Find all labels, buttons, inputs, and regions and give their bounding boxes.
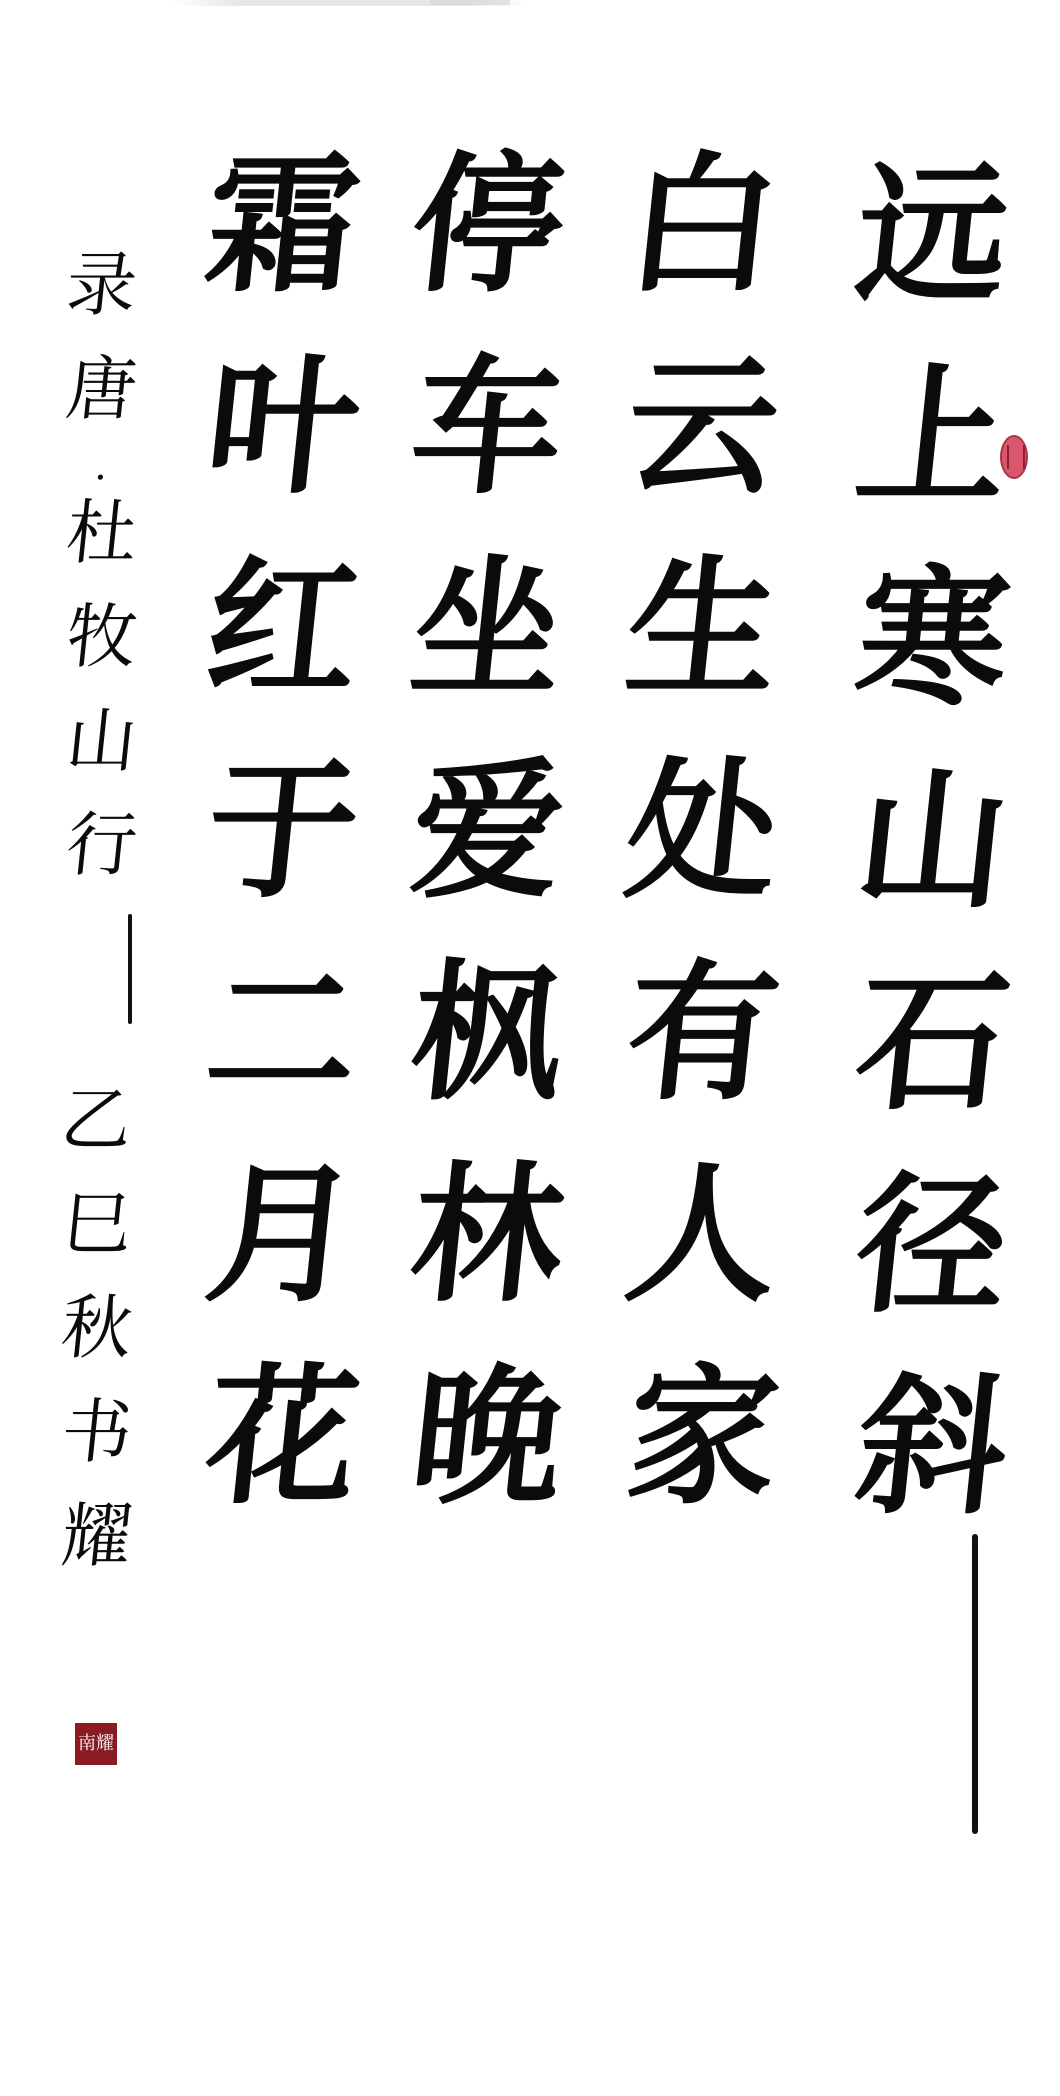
char: 山: [844, 766, 1015, 968]
char: 家: [614, 1362, 785, 1564]
char: 云: [614, 352, 785, 554]
inscription-char: 山: [60, 706, 141, 810]
char: 坐: [399, 554, 570, 756]
inscription-char: 行: [60, 810, 141, 914]
char: 枫: [399, 958, 570, 1160]
char: 花: [194, 1362, 365, 1564]
char: 车: [399, 352, 570, 554]
char: 林: [399, 1160, 570, 1362]
name-seal: 南耀: [75, 1723, 117, 1765]
char: 人: [614, 1160, 785, 1362]
char: 霜: [194, 150, 365, 352]
char: 径: [844, 1170, 1015, 1372]
inscription-char: 唐: [60, 354, 141, 458]
inscription-char: 杜: [60, 498, 141, 602]
char: 远: [844, 160, 1015, 362]
head-seal: [1000, 435, 1028, 479]
inscription-char: 巳: [55, 1189, 136, 1293]
char: 斜: [844, 1372, 1015, 1574]
char: 停: [399, 150, 570, 352]
inscription-char: 牧: [60, 602, 141, 706]
paper-top-edge-shadow: [430, 0, 510, 5]
char: 叶: [194, 352, 365, 554]
poem-column-1: 远 上 寒 山 石 径 斜: [855, 160, 1005, 1834]
inscription-char: 耀: [55, 1501, 136, 1605]
trailing-brush-stroke: [128, 914, 132, 1024]
char: 生: [614, 554, 785, 756]
poem-column-2: 白 云 生 处 有 人 家: [625, 150, 775, 1564]
char: 有: [614, 958, 785, 1160]
inscription-column: 录 唐 · 杜 牧 山 行: [65, 250, 135, 1024]
inscription-date-signature: 乙 巳 秋 书 耀: [60, 1085, 130, 1605]
char: 月: [194, 1160, 365, 1362]
poem-column-4: 霜 叶 红 于 二 月 花: [205, 150, 355, 1564]
poem-column-3: 停 车 坐 爱 枫 林 晚: [410, 150, 560, 1564]
char: 处: [614, 756, 785, 958]
inscription-char: 秋: [55, 1293, 136, 1397]
char: 白: [614, 150, 785, 352]
char: 寒: [844, 564, 1015, 766]
char: 晚: [399, 1362, 570, 1564]
inscription-char: 书: [55, 1397, 136, 1501]
char: 石: [844, 968, 1015, 1170]
char: 红: [194, 554, 365, 756]
trailing-brush-stroke: [972, 1534, 978, 1834]
char: 爱: [399, 756, 570, 958]
char: 上: [844, 362, 1015, 564]
char: 二: [194, 958, 365, 1160]
inscription-char: 录: [60, 250, 141, 354]
inscription-char: 乙: [55, 1085, 136, 1189]
char: 于: [194, 756, 365, 958]
